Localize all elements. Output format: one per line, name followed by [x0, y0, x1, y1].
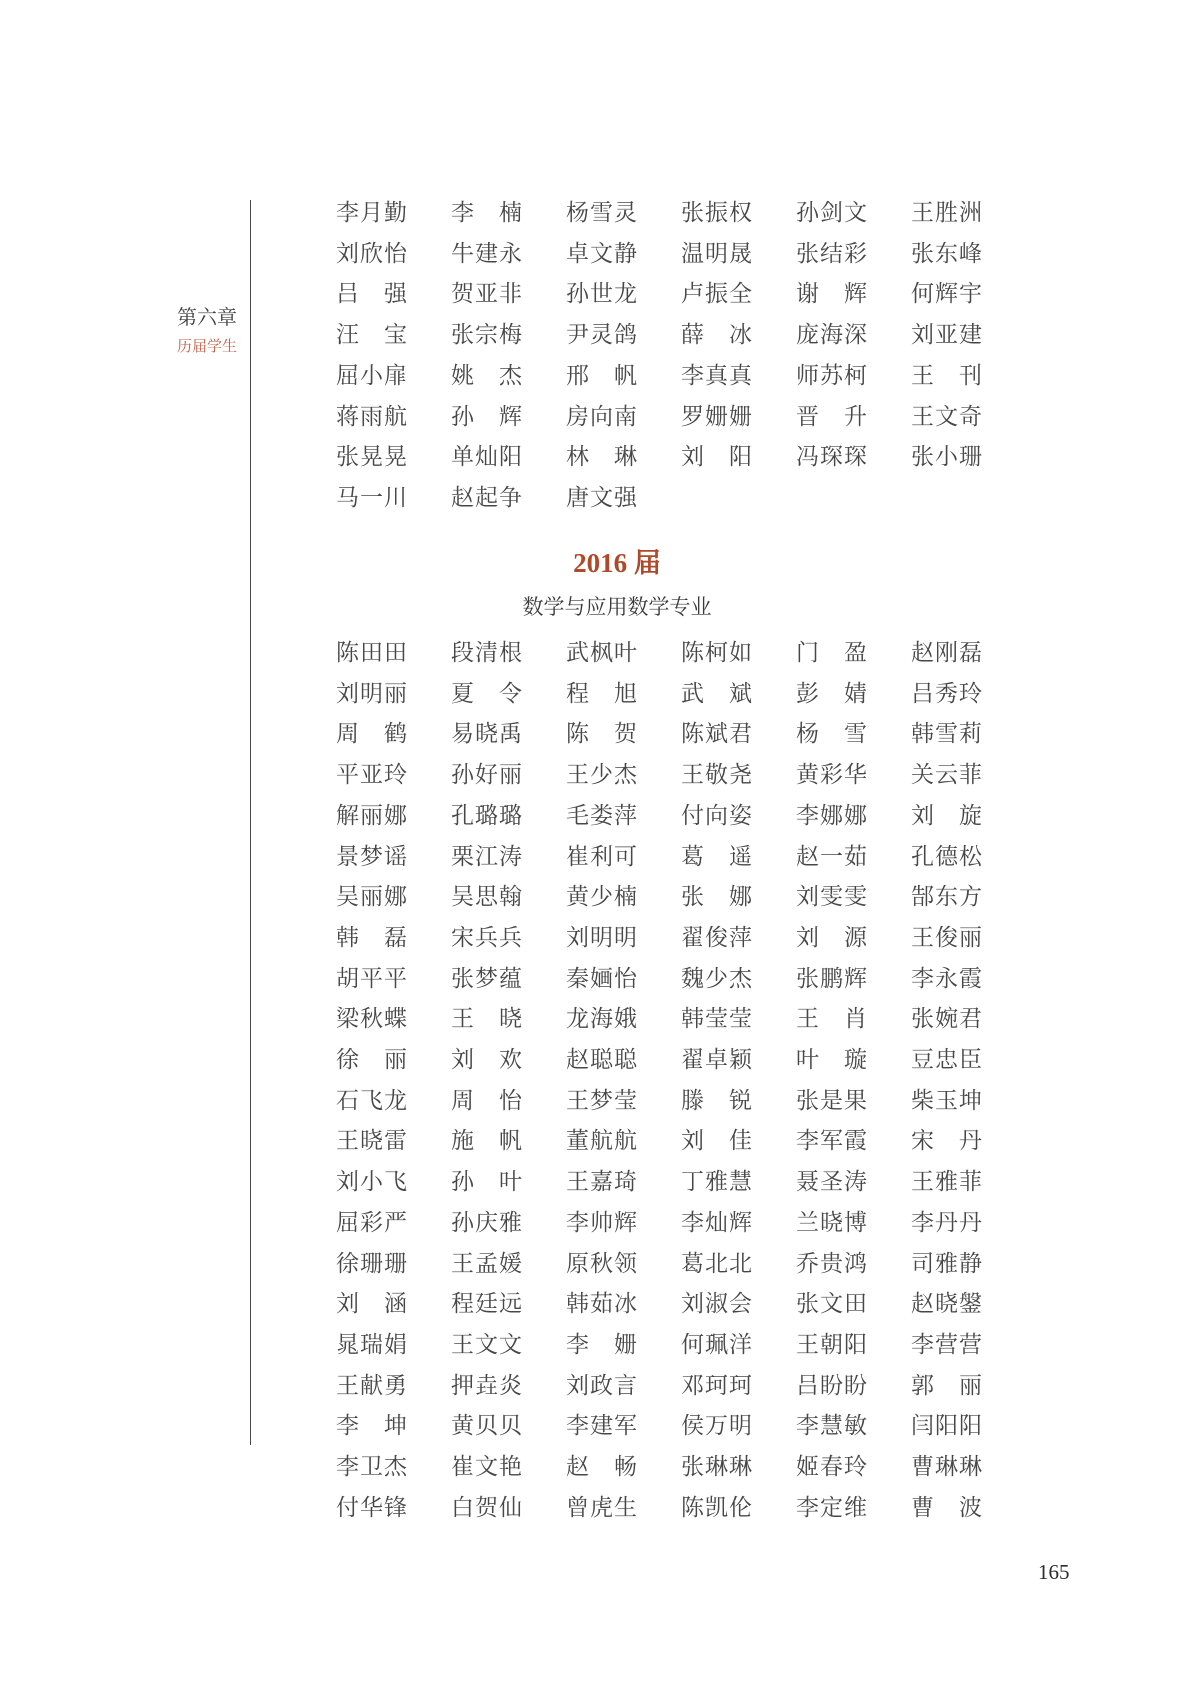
student-name: 付向姿 [681, 801, 752, 831]
student-name: 韩茹冰 [566, 1289, 637, 1319]
student-name: 张琳琳 [681, 1452, 752, 1482]
student-name: 段清根 [451, 638, 522, 668]
student-name: 王俊丽 [911, 923, 982, 953]
student-name: 刘源 [796, 923, 867, 953]
student-name: 刘小飞 [336, 1167, 407, 1197]
student-name: 张梦蕴 [451, 964, 522, 994]
student-name: 陈贺 [566, 719, 637, 749]
student-name: 刘佳 [681, 1126, 752, 1156]
section-title-2016: 2016 届 [336, 541, 898, 580]
student-name: 黄少楠 [566, 882, 637, 912]
student-name: 谢辉 [796, 279, 867, 309]
student-name: 赵刚磊 [911, 638, 982, 668]
student-name: 刘欢 [451, 1045, 522, 1075]
student-name: 贺亚非 [451, 279, 522, 309]
student-name: 闫阳阳 [911, 1411, 982, 1441]
student-name: 原秋领 [566, 1249, 637, 1279]
student-name: 付华锋 [336, 1493, 407, 1523]
student-name: 豆忠臣 [911, 1045, 982, 1075]
vertical-rule [250, 200, 251, 1445]
student-name: 王献勇 [336, 1371, 407, 1401]
student-name: 杨雪 [796, 719, 867, 749]
student-name: 武斌 [681, 679, 752, 709]
student-name: 师苏柯 [796, 361, 867, 391]
student-name: 刘欣怡 [336, 239, 407, 269]
student-name: 宋兵兵 [451, 923, 522, 953]
student-name: 徐丽 [336, 1045, 407, 1075]
student-name: 薛冰 [681, 320, 752, 350]
student-name: 李真真 [681, 361, 752, 391]
student-name: 汪宝 [336, 320, 407, 350]
major-subtitle: 数学与应用数学专业 [336, 591, 898, 621]
student-name: 宋丹 [911, 1126, 982, 1156]
student-name: 平亚玲 [336, 760, 407, 790]
student-name: 李营营 [911, 1330, 982, 1360]
student-name: 唐文强 [566, 483, 637, 513]
student-name: 吕强 [336, 279, 407, 309]
student-name: 韩磊 [336, 923, 407, 953]
student-name: 彭婧 [796, 679, 867, 709]
student-name: 葛北北 [681, 1249, 752, 1279]
student-name: 蒋雨航 [336, 402, 407, 432]
class-2016-name-grid: 陈田田段清根武枫叶陈柯如门盈赵刚磊刘明丽夏令程旭武斌彭婧吕秀玲周鹤易晓禹陈贺陈斌… [336, 638, 996, 1534]
student-name: 张娜 [681, 882, 752, 912]
student-name: 白贺仙 [451, 1493, 522, 1523]
student-name: 王文文 [451, 1330, 522, 1360]
student-name: 张晃晃 [336, 442, 407, 472]
student-name: 尹灵鸽 [566, 320, 637, 350]
student-name: 董航航 [566, 1126, 637, 1156]
student-name: 曹琳琳 [911, 1452, 982, 1482]
student-name: 何珮洋 [681, 1330, 752, 1360]
student-name: 晋升 [796, 402, 867, 432]
student-name: 翟卓颖 [681, 1045, 752, 1075]
student-name: 张小珊 [911, 442, 982, 472]
student-name: 刘雯雯 [796, 882, 867, 912]
student-name: 刘明明 [566, 923, 637, 953]
student-name: 程廷远 [451, 1289, 522, 1319]
student-name: 吕秀玲 [911, 679, 982, 709]
student-name: 刘阳 [681, 442, 752, 472]
student-name: 李丹丹 [911, 1208, 982, 1238]
student-name: 孙辉 [451, 402, 522, 432]
student-name: 王刊 [911, 361, 982, 391]
student-name: 李慧敏 [796, 1411, 867, 1441]
student-name: 张是果 [796, 1086, 867, 1116]
student-name: 张鹏辉 [796, 964, 867, 994]
student-name: 押垚炎 [451, 1371, 522, 1401]
student-name: 李卫杰 [336, 1452, 407, 1482]
student-name: 陈凯伦 [681, 1493, 752, 1523]
student-name: 王文奇 [911, 402, 982, 432]
student-name: 邓珂珂 [681, 1371, 752, 1401]
student-name: 石飞龙 [336, 1086, 407, 1116]
student-name: 李定维 [796, 1493, 867, 1523]
student-name: 孙庆雅 [451, 1208, 522, 1238]
student-name: 赵一茹 [796, 842, 867, 872]
student-name: 何辉宇 [911, 279, 982, 309]
student-name: 王孟媛 [451, 1249, 522, 1279]
student-name: 刘亚建 [911, 320, 982, 350]
student-name: 李军霞 [796, 1126, 867, 1156]
student-name: 门盈 [796, 638, 867, 668]
student-name: 郜东方 [911, 882, 982, 912]
student-name: 马一川 [336, 483, 407, 513]
chapter-subtitle: 历届学生 [163, 338, 243, 356]
student-name: 孙世龙 [566, 279, 637, 309]
student-name: 姚杰 [451, 361, 522, 391]
student-name: 吴思翰 [451, 882, 522, 912]
student-name: 刘旋 [911, 801, 982, 831]
student-name: 罗姗姗 [681, 402, 752, 432]
student-name: 刘涵 [336, 1289, 407, 1319]
student-name: 司雅静 [911, 1249, 982, 1279]
student-name: 屈彩严 [336, 1208, 407, 1238]
book-page: 第六章 历届学生 李月勤李楠杨雪灵张振权孙剑文王胜洲刘欣怡牛建永卓文静温明晟张结… [0, 0, 1190, 1684]
student-name: 聂圣涛 [796, 1167, 867, 1197]
student-name: 赵聪聪 [566, 1045, 637, 1075]
student-name: 关云菲 [911, 760, 982, 790]
student-name: 施帆 [451, 1126, 522, 1156]
student-name: 卓文静 [566, 239, 637, 269]
student-name: 冯琛琛 [796, 442, 867, 472]
student-name: 梁秋蝶 [336, 1004, 407, 1034]
student-name: 葛遥 [681, 842, 752, 872]
student-name: 武枫叶 [566, 638, 637, 668]
student-name: 侯万明 [681, 1411, 752, 1441]
student-name: 韩莹莹 [681, 1004, 752, 1034]
student-name: 吴丽娜 [336, 882, 407, 912]
student-name: 杨雪灵 [566, 198, 637, 228]
student-name: 刘政言 [566, 1371, 637, 1401]
student-name: 王晓 [451, 1004, 522, 1034]
student-name: 叶璇 [796, 1045, 867, 1075]
student-name: 孔璐璐 [451, 801, 522, 831]
student-name: 李灿辉 [681, 1208, 752, 1238]
student-name: 陈田田 [336, 638, 407, 668]
student-name: 牛建永 [451, 239, 522, 269]
student-name: 胡平平 [336, 964, 407, 994]
student-name: 李娜娜 [796, 801, 867, 831]
student-name: 丁雅慧 [681, 1167, 752, 1197]
student-name: 王朝阳 [796, 1330, 867, 1360]
page-number: 165 [1038, 1560, 1070, 1585]
student-name: 邢帆 [566, 361, 637, 391]
student-name: 秦婳怡 [566, 964, 637, 994]
student-name: 曹波 [911, 1493, 982, 1523]
student-name: 易晓禹 [451, 719, 522, 749]
student-name: 李永霞 [911, 964, 982, 994]
student-name: 单灿阳 [451, 442, 522, 472]
student-name: 李建军 [566, 1411, 637, 1441]
student-name: 翟俊萍 [681, 923, 752, 953]
student-name: 郭丽 [911, 1371, 982, 1401]
student-name: 赵起争 [451, 483, 522, 513]
student-name: 黄彩华 [796, 760, 867, 790]
student-name: 王肖 [796, 1004, 867, 1034]
student-name: 刘明丽 [336, 679, 407, 709]
student-name: 景梦谣 [336, 842, 407, 872]
student-name: 王晓雷 [336, 1126, 407, 1156]
student-name: 黄贝贝 [451, 1411, 522, 1441]
student-name: 周鹤 [336, 719, 407, 749]
student-name: 陈斌君 [681, 719, 752, 749]
student-name: 王梦莹 [566, 1086, 637, 1116]
student-name: 解丽娜 [336, 801, 407, 831]
student-name: 赵畅 [566, 1452, 637, 1482]
student-name: 李坤 [336, 1411, 407, 1441]
student-name: 徐珊珊 [336, 1249, 407, 1279]
student-name: 晁瑞娟 [336, 1330, 407, 1360]
student-name: 乔贵鸿 [796, 1249, 867, 1279]
student-name: 周怡 [451, 1086, 522, 1116]
student-name: 温明晟 [681, 239, 752, 269]
student-name: 李姗 [566, 1330, 637, 1360]
student-name: 张宗梅 [451, 320, 522, 350]
student-name: 王敬尧 [681, 760, 752, 790]
student-name: 滕锐 [681, 1086, 752, 1116]
student-name: 曾虎生 [566, 1493, 637, 1523]
student-name: 赵晓鎜 [911, 1289, 982, 1319]
student-name: 房向南 [566, 402, 637, 432]
student-name: 程旭 [566, 679, 637, 709]
student-name: 毛娄萍 [566, 801, 637, 831]
student-name: 栗江涛 [451, 842, 522, 872]
previous-class-name-grid: 李月勤李楠杨雪灵张振权孙剑文王胜洲刘欣怡牛建永卓文静温明晟张结彩张东峰吕强贺亚非… [336, 198, 996, 524]
student-name: 魏少杰 [681, 964, 752, 994]
student-name: 孙叶 [451, 1167, 522, 1197]
student-name: 卢振全 [681, 279, 752, 309]
student-name: 孙好丽 [451, 760, 522, 790]
student-name: 李月勤 [336, 198, 407, 228]
student-name: 夏令 [451, 679, 522, 709]
student-name: 王雅菲 [911, 1167, 982, 1197]
student-name: 李楠 [451, 198, 522, 228]
student-name: 张婉君 [911, 1004, 982, 1034]
student-name: 张结彩 [796, 239, 867, 269]
student-name: 刘淑会 [681, 1289, 752, 1319]
student-name: 林琳 [566, 442, 637, 472]
student-name: 崔利可 [566, 842, 637, 872]
student-name: 陈柯如 [681, 638, 752, 668]
student-name: 王胜洲 [911, 198, 982, 228]
student-name: 张文田 [796, 1289, 867, 1319]
student-name: 吕盼盼 [796, 1371, 867, 1401]
student-name: 王少杰 [566, 760, 637, 790]
student-name: 孔德松 [911, 842, 982, 872]
chapter-sidebar: 第六章 历届学生 [163, 306, 243, 356]
student-name: 崔文艳 [451, 1452, 522, 1482]
student-name: 姬春玲 [796, 1452, 867, 1482]
student-name: 韩雪莉 [911, 719, 982, 749]
student-name: 李帅辉 [566, 1208, 637, 1238]
chapter-title: 第六章 [163, 306, 243, 330]
student-name: 王嘉琦 [566, 1167, 637, 1197]
student-name: 屈小扉 [336, 361, 407, 391]
student-name: 龙海娥 [566, 1004, 637, 1034]
student-name: 兰晓博 [796, 1208, 867, 1238]
student-name: 张振权 [681, 198, 752, 228]
student-name: 柴玉坤 [911, 1086, 982, 1116]
student-name: 孙剑文 [796, 198, 867, 228]
student-name: 庞海深 [796, 320, 867, 350]
student-name: 张东峰 [911, 239, 982, 269]
